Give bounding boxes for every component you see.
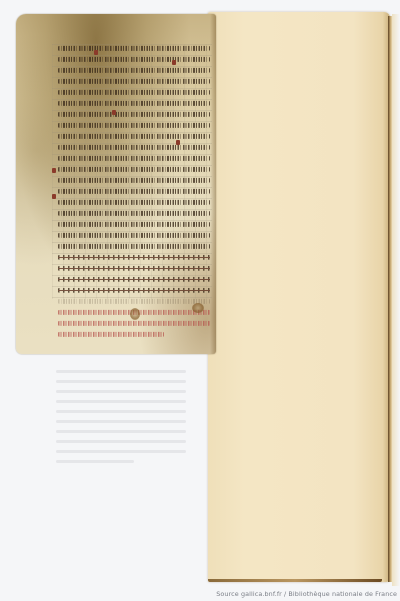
script-line (58, 233, 210, 238)
script-line (58, 46, 210, 51)
ghost-line (56, 370, 186, 373)
book-spine (388, 16, 392, 582)
ghost-line (56, 380, 186, 383)
struck-script-line (58, 277, 210, 282)
script-line (58, 101, 210, 106)
script-line (58, 112, 210, 117)
red-initial-mark (172, 60, 176, 65)
blank-right-page (208, 12, 390, 582)
script-line (58, 189, 210, 194)
manuscript-folio (16, 14, 216, 354)
script-line (58, 79, 210, 84)
rubric-line (58, 331, 164, 336)
ghost-line (56, 440, 186, 443)
script-line (58, 134, 210, 139)
script-line (58, 57, 210, 62)
script-line (58, 156, 210, 161)
manuscript-text-block (58, 42, 210, 339)
faint-script-line (58, 299, 210, 304)
source-credit: Source gallica.bnf.fr / Bibliothèque nat… (216, 590, 397, 598)
ghost-line (56, 430, 186, 433)
red-initial-mark (52, 168, 56, 173)
script-line (58, 90, 210, 95)
script-line (58, 211, 210, 216)
script-line (58, 244, 210, 249)
rubric-line (58, 320, 210, 325)
ink-stain (130, 308, 140, 320)
script-line (58, 123, 210, 128)
ghost-line (56, 450, 186, 453)
page-bottom-edge (208, 579, 382, 582)
binding-edge (392, 14, 400, 586)
script-line (58, 200, 210, 205)
ghost-line (56, 390, 186, 393)
script-line (58, 68, 210, 73)
script-line (58, 145, 210, 150)
show-through-text (56, 370, 186, 470)
script-line (58, 167, 210, 172)
ghost-line (56, 420, 186, 423)
red-initial-mark (176, 140, 180, 145)
struck-script-line (58, 266, 210, 271)
struck-script-line (58, 288, 210, 293)
script-line (58, 178, 210, 183)
struck-script-line (58, 255, 210, 260)
ghost-line (56, 400, 186, 403)
red-initial-mark (112, 110, 116, 115)
manuscript-viewer: Source gallica.bnf.fr / Bibliothèque nat… (0, 0, 400, 601)
script-line (58, 222, 210, 227)
red-initial-mark (94, 50, 98, 55)
red-initial-mark (52, 194, 56, 199)
ghost-line (56, 460, 134, 463)
ghost-line (56, 410, 186, 413)
ink-stain (192, 303, 204, 313)
